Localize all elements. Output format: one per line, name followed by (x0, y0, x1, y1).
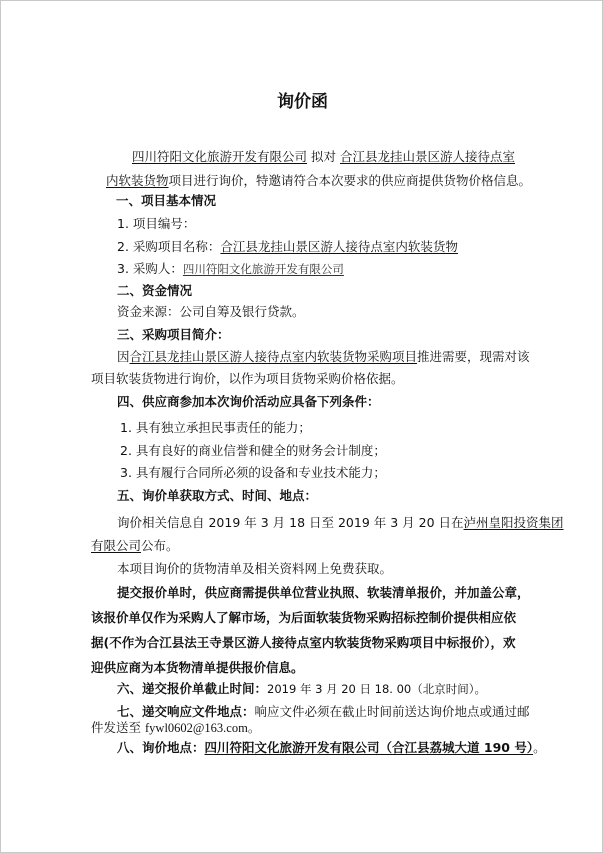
section5-bold-line-1: 提交报价单时，供应商需提供单位营业执照、软装清单报价，并加盖公章， (117, 585, 530, 601)
section3-suffix: 推进需要，现需对该 (417, 349, 530, 364)
intro-project-part2: 内软装货物 (106, 173, 169, 188)
item-value: 四川符阳文化旅游开发有限公司 (183, 262, 344, 276)
section6-heading: 六、递交报价单截止时间： (117, 681, 267, 696)
section8-heading: 八、询价地点： (117, 740, 205, 755)
section3-heading: 三、采购项目简介： (117, 327, 230, 343)
section5-p1-line-1: 询价相关信息自 2019 年 3 月 18 日至 2019 年 3 月 20 日… (117, 515, 564, 531)
section6: 六、递交报价单截止时间：2019 年 3 月 20 日 18. 00（北京时间）… (117, 681, 486, 697)
section8-address: 四川符阳文化旅游开发有限公司（合江县荔城大道 190 号） (205, 740, 534, 755)
section7-line2-prefix: 件发送至 (91, 720, 141, 735)
intro-text2: 项目进行询价，特邀请符合本次要求的供应商提供货物价格信息。 (169, 173, 532, 188)
intro-company: 四川符阳文化旅游开发有限公司 (132, 149, 307, 164)
section5-bold-line-4: 迎供应商为本货物清单提供报价信息。 (91, 660, 304, 676)
section4-item-1: 1. 具有独立承担民事责任的能力； (120, 420, 311, 436)
section7-email: fywl0602@163.com (145, 721, 248, 735)
section3-line-1: 因合江县龙挂山景区游人接待点室内软装货物采购项目推进需要，现需对该 (117, 349, 530, 365)
section6-text: 2019 年 3 月 20 日 18. 00（北京时间）。 (267, 682, 486, 696)
section3-project-link: 合江县龙挂山景区游人接待点室内软装货物采购项目 (130, 349, 418, 364)
section5-p1-line-2: 有限公司公布。 (91, 538, 179, 554)
section3-line-2: 项目软装货物进行询价，以作为项目货物采购价格依据。 (91, 371, 404, 387)
section1-item-1: 1. 项目编号： (117, 216, 195, 232)
section8-end: 。 (533, 740, 546, 755)
section5-bold-line-2: 该报价单仅作为采购人了解市场，为后面软装货物采购招标控制价提供相应依 (91, 610, 516, 626)
section1-item-2: 2. 采购项目名称：合江县龙挂山景区游人接待点室内软装货物 (117, 239, 458, 255)
document-title: 询价函 (1, 87, 603, 112)
section1-item-3: 3. 采购人：四川符阳文化旅游开发有限公司 (117, 261, 344, 277)
section2-heading: 二、资金情况 (117, 283, 192, 299)
section5-p1-end: 公布。 (141, 538, 179, 553)
section5-p1-link2: 有限公司 (91, 538, 141, 553)
section5-p1-link1: 泸州皇阳投资集团 (464, 515, 564, 530)
item-label: 2. 采购项目名称： (117, 239, 220, 254)
section7-line-2: 件发送至 fywl0602@163.com。 (91, 720, 260, 736)
section7-end: 。 (248, 720, 261, 735)
section2-text: 资金来源：公司自筹及银行贷款。 (117, 304, 305, 320)
document-page: 询价函 四川符阳文化旅游开发有限公司 拟对 合江县龙挂山景区游人接待点室 内软装… (0, 0, 603, 853)
intro-line-2: 内软装货物项目进行询价，特邀请符合本次要求的供应商提供货物价格信息。 (106, 173, 531, 189)
section3-prefix: 因 (117, 349, 130, 364)
section4-item-3: 3. 具有履行合同所必须的设备和专业技术能力； (120, 465, 386, 481)
section4-heading: 四、供应商参加本次询价活动应具备下列条件： (117, 394, 380, 410)
section7-text: 响应文件必须在截止时间前送达询价地点或通过邮 (255, 704, 530, 719)
section7-line-1: 七、递交响应文件地点：响应文件必须在截止时间前送达询价地点或通过邮 (117, 704, 530, 720)
item-label: 3. 采购人： (117, 261, 183, 276)
intro-project-part1: 合江县龙挂山景区游人接待点室 (340, 149, 515, 164)
section4-item-2: 2. 具有良好的商业信誉和健全的财务会计制度； (120, 443, 386, 459)
section7-heading: 七、递交响应文件地点： (117, 704, 255, 719)
section5-p2: 本项目询价的货物清单及相关资料网上免费获取。 (117, 561, 392, 577)
section8: 八、询价地点：四川符阳文化旅游开发有限公司（合江县荔城大道 190 号）。 (117, 740, 546, 756)
item-value: 合江县龙挂山景区游人接待点室内软装货物 (220, 239, 458, 254)
item-label: 1. 项目编号： (117, 216, 195, 231)
section1-heading: 一、项目基本情况 (116, 193, 216, 209)
intro-text1: 拟对 (311, 149, 336, 164)
section5-bold-line-3: 据(不作为合江县法王寺景区游人接待点室内软装货物采购项目中标报价），欢 (91, 635, 515, 651)
section5-heading: 五、询价单获取方式、时间、地点： (117, 488, 317, 504)
section5-p1-text: 询价相关信息自 2019 年 3 月 18 日至 2019 年 3 月 20 日… (117, 515, 464, 530)
intro-line-1: 四川符阳文化旅游开发有限公司 拟对 合江县龙挂山景区游人接待点室 (132, 149, 515, 165)
